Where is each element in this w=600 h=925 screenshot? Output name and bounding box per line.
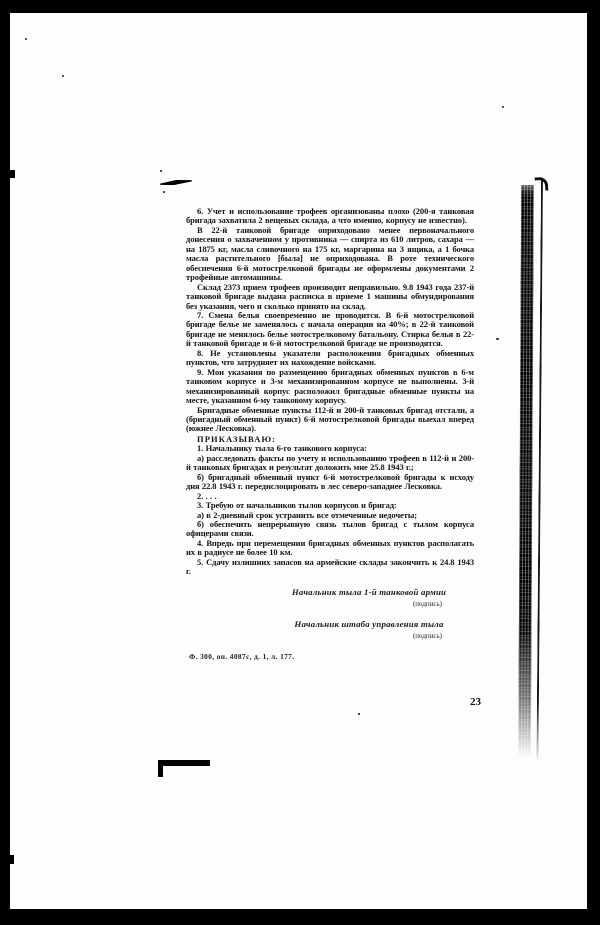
archival-reference: Ф. 300, оп. 4087с, д. 1, л. 177. [189,652,474,661]
signature-title: Начальник тыла 1-й танковой армии [288,587,450,597]
ink-speck [502,106,504,108]
page-number: 23 [451,696,481,708]
paragraph: В 22-й танковой бригаде оприходовано мен… [186,226,474,283]
ink-speck [358,713,360,715]
signature-note: (подпись) [288,632,450,640]
signature-title: Начальник штаба управления тыла [288,619,450,629]
binding-shadow [518,185,534,757]
ink-speck [496,338,499,340]
document-text-column: 6. Учет и использование трофеев организо… [186,207,474,661]
ink-speck [62,75,64,77]
ink-speck [25,38,27,40]
paragraph: 5. Сдачу излишних запасов на армейские с… [186,558,474,577]
paragraph: а) расследовать факты по учету и использ… [186,454,474,473]
ink-speck [160,170,162,172]
scan-page: 6. Учет и использование трофеев организо… [10,13,587,909]
paragraph: 8. Не установлены указатели расположения… [186,349,474,368]
binding-crease-hook [535,177,549,192]
paragraph: 4. Впредь при перемещении бригадных обме… [186,539,474,558]
scan-edge-artifact [10,170,15,178]
signature-block: Начальник штаба управления тыла (подпись… [288,619,450,640]
paragraph: б) бригадный обменный пункт 6-й мотостре… [186,473,474,492]
paragraph: 7. Смена белья своевременно не проводитс… [186,311,474,349]
paragraph: 6. Учет и использование трофеев организо… [186,207,474,226]
binding-crease-line [536,180,543,763]
scanner-background: { "scan": { "page_number": "23", "footno… [0,0,600,925]
document-body-text: 6. Учет и использование трофеев организо… [186,207,474,577]
scan-edge-artifact [10,855,14,864]
corner-registration-mark [158,760,210,777]
signature-note: (подпись) [288,600,450,608]
paragraph: Склад 2373 прием трофеев производит непр… [186,283,474,311]
signature-block: Начальник тыла 1-й танковой армии (подпи… [288,587,450,608]
ink-speck [163,191,165,193]
paragraph: б) обеспечить непрерывную связь тылов бр… [186,520,474,539]
paragraph: Бригадные обменные пункты 112-й и 200-й … [186,406,474,434]
paragraph: 9. Мои указания по размещению бригадных … [186,368,474,406]
pen-dash-mark [160,179,192,186]
